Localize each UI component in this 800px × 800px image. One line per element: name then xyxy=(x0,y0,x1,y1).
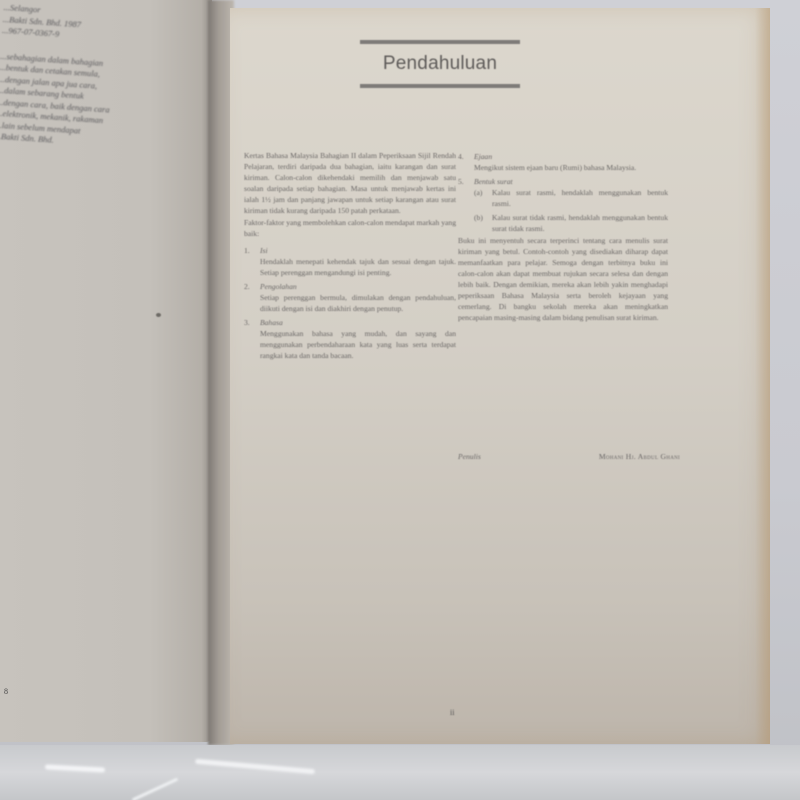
item-number: 2. xyxy=(244,281,260,292)
item-number: 3. xyxy=(244,317,260,328)
item-number: 1. xyxy=(244,245,260,256)
left-column: Kertas Bahasa Malaysia Bahagian II dalam… xyxy=(244,150,456,361)
factors-intro: Faktor-faktor yang membolehkan calon-cal… xyxy=(244,217,456,239)
plastic-wrap xyxy=(0,745,800,800)
closing-paragraph: Buku ini menyentuh secara terperinci ten… xyxy=(458,235,668,323)
page-title: Pendahuluan xyxy=(360,44,520,84)
intro-paragraph: Kertas Bahasa Malaysia Bahagian II dalam… xyxy=(244,150,456,216)
sub-item-number: (b) xyxy=(474,212,492,234)
sub-item-body: Kalau surat tidak rasmi, hendaklah mengg… xyxy=(492,212,668,234)
right-column: 4.Ejaan Mengikut sistem ejaan baru (Rumi… xyxy=(458,150,668,323)
item-body: Mengikut sistem ejaan baru (Rumi) bahasa… xyxy=(458,162,668,173)
item-number: 5. xyxy=(458,176,474,187)
fragment-line: ...Selangor xyxy=(3,2,41,15)
sub-item-a: (a)Kalau surat rasmi, hendaklah mengguna… xyxy=(458,187,668,209)
list-item-bentuk-surat: 5.Bentuk surat (a)Kalau surat rasmi, hen… xyxy=(458,176,668,234)
title-block: Pendahuluan xyxy=(360,40,520,88)
page-edge-shading xyxy=(755,8,770,744)
signature-line: Penulis Mohani Hj. Abdul Ghani xyxy=(458,452,680,461)
item-label: Bentuk surat xyxy=(474,177,513,186)
item-label: Pengolahan xyxy=(260,282,297,291)
author-name: Mohani Hj. Abdul Ghani xyxy=(599,452,680,461)
item-body: Setiap perenggan bermula, dimulakan deng… xyxy=(244,292,456,314)
corner-mark: 8 xyxy=(4,687,8,696)
title-rule-bottom xyxy=(360,84,520,88)
sub-item-number: (a) xyxy=(474,187,492,209)
sub-item-b: (b)Kalau surat tidak rasmi, hendaklah me… xyxy=(458,212,668,234)
item-label: Ejaan xyxy=(474,152,492,161)
right-page: Pendahuluan Kertas Bahasa Malaysia Bahag… xyxy=(230,8,770,744)
left-page: ...Selangor ...Bakti Sdn. Bhd. 1987 ...9… xyxy=(0,0,212,742)
sub-item-body: Kalau surat rasmi, hendaklah menggunakan… xyxy=(492,187,668,209)
page-number: ii xyxy=(450,708,454,717)
item-number: 4. xyxy=(458,151,474,162)
signature-role: Penulis xyxy=(458,452,481,461)
list-item-ejaan: 4.Ejaan Mengikut sistem ejaan baru (Rumi… xyxy=(458,151,668,173)
item-body: Hendaklah menepati kehendak tajuk dan se… xyxy=(244,256,456,278)
left-page-text-fragment: ...Selangor ...Bakti Sdn. Bhd. 1987 ...9… xyxy=(0,2,204,170)
ink-spot xyxy=(156,313,161,317)
item-label: Bahasa xyxy=(260,318,283,327)
list-item-pengolahan: 2.Pengolahan Setiap perenggan bermula, d… xyxy=(244,281,456,314)
item-body: Menggunakan bahasa yang mudah, dan sayan… xyxy=(244,328,456,361)
list-item-bahasa: 3.Bahasa Menggunakan bahasa yang mudah, … xyxy=(244,317,456,361)
item-label: Isi xyxy=(260,246,268,255)
list-item-isi: 1.Isi Hendaklah menepati kehendak tajuk … xyxy=(244,245,456,278)
